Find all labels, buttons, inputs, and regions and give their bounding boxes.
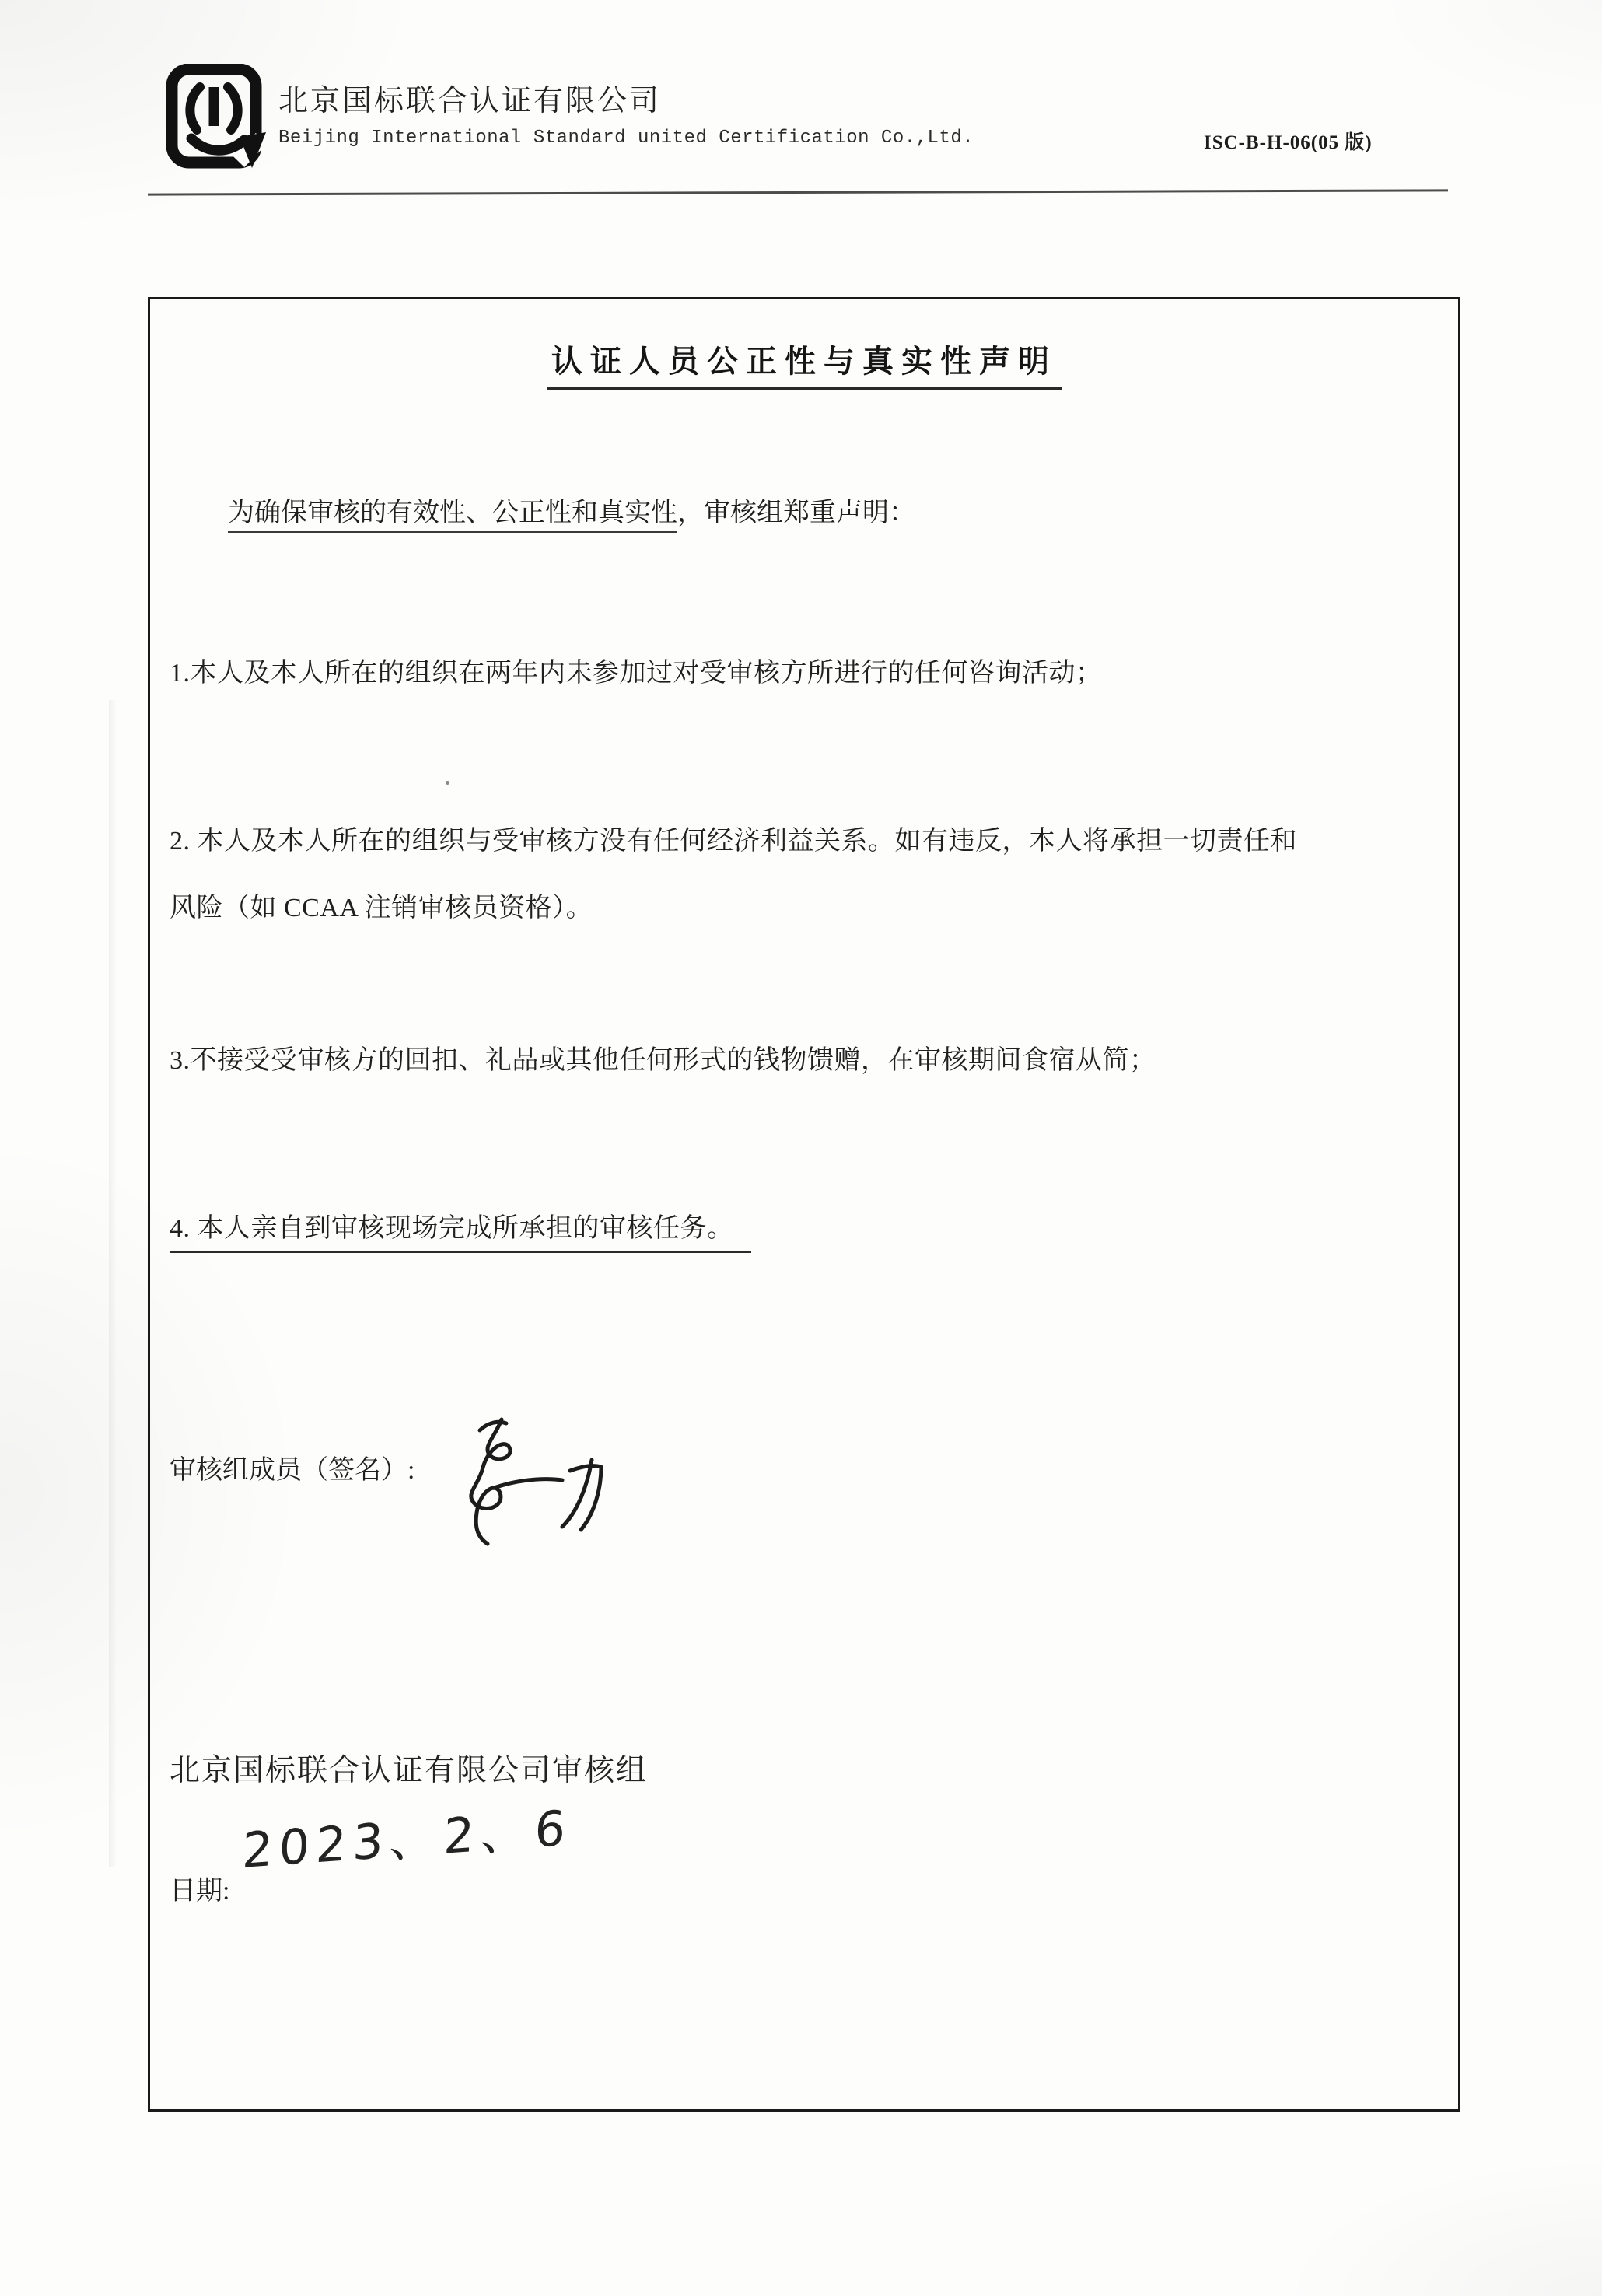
declaration-title-text: 认证人员公正性与真实性声明 — [547, 337, 1062, 390]
declaration-item-4: 4. 本人亲自到审核现场完成所承担的审核任务。 — [170, 1195, 1441, 1262]
intro-rest-text: ，审核组郑重声明： — [677, 499, 915, 527]
header-divider — [148, 189, 1448, 195]
intro-underlined-text: 为确保审核的有效性、公正性和真实性 — [228, 499, 677, 533]
company-name-cn: 北京国标联合认证有限公司 — [278, 76, 661, 119]
declaration-intro: 为确保审核的有效性、公正性和真实性，审核组郑重声明： — [228, 495, 915, 531]
scan-speck — [446, 781, 449, 785]
declaration-title: 认证人员公正性与真实性声明 — [150, 337, 1458, 390]
declaration-item-2: 2. 本人及本人所在的组织与受审核方没有任何经济利益关系。如有违反，本人将承担一… — [170, 808, 1441, 942]
document-page: 北京国标联合认证有限公司 Beijing International Stand… — [0, 0, 1602, 2296]
item-1-line-1: 1.本人及本人所在的组织在两年内未参加过对受审核方所进行的任何咨询活动； — [170, 640, 1441, 707]
item-2-line-2: 风险（如 CCAA 注销审核员资格）。 — [170, 875, 1441, 942]
signature-label: 审核组成员（签名）: — [170, 1448, 414, 1486]
signature-handwriting — [439, 1413, 618, 1553]
footer-company-line: 北京国标联合认证有限公司审核组 — [170, 1746, 648, 1790]
date-handwriting: 2023、2、6 — [241, 1789, 573, 1881]
company-name-en: Beijing International Standard united Ce… — [278, 128, 974, 149]
declaration-item-1: 1.本人及本人所在的组织在两年内未参加过对受审核方所进行的任何咨询活动； — [170, 640, 1441, 707]
item-4-underlined-text: 4. 本人亲自到审核现场完成所承担的审核任务。 — [170, 1212, 751, 1253]
date-label: 日期: — [170, 1869, 229, 1907]
scan-edge-smudge — [109, 700, 117, 1867]
item-2-line-1: 2. 本人及本人所在的组织与受审核方没有任何经济利益关系。如有违反，本人将承担一… — [170, 808, 1441, 875]
declaration-box: 认证人员公正性与真实性声明 为确保审核的有效性、公正性和真实性，审核组郑重声明：… — [148, 297, 1460, 2112]
item-3-line-1: 3.不接受受审核方的回扣、礼品或其他任何形式的钱物馈赠，在审核期间食宿从简； — [170, 1027, 1441, 1094]
declaration-item-3: 3.不接受受审核方的回扣、礼品或其他任何形式的钱物馈赠，在审核期间食宿从简； — [170, 1027, 1441, 1094]
document-code: ISC-B-H-06(05 版) — [1204, 127, 1373, 155]
company-logo-icon — [165, 64, 268, 171]
